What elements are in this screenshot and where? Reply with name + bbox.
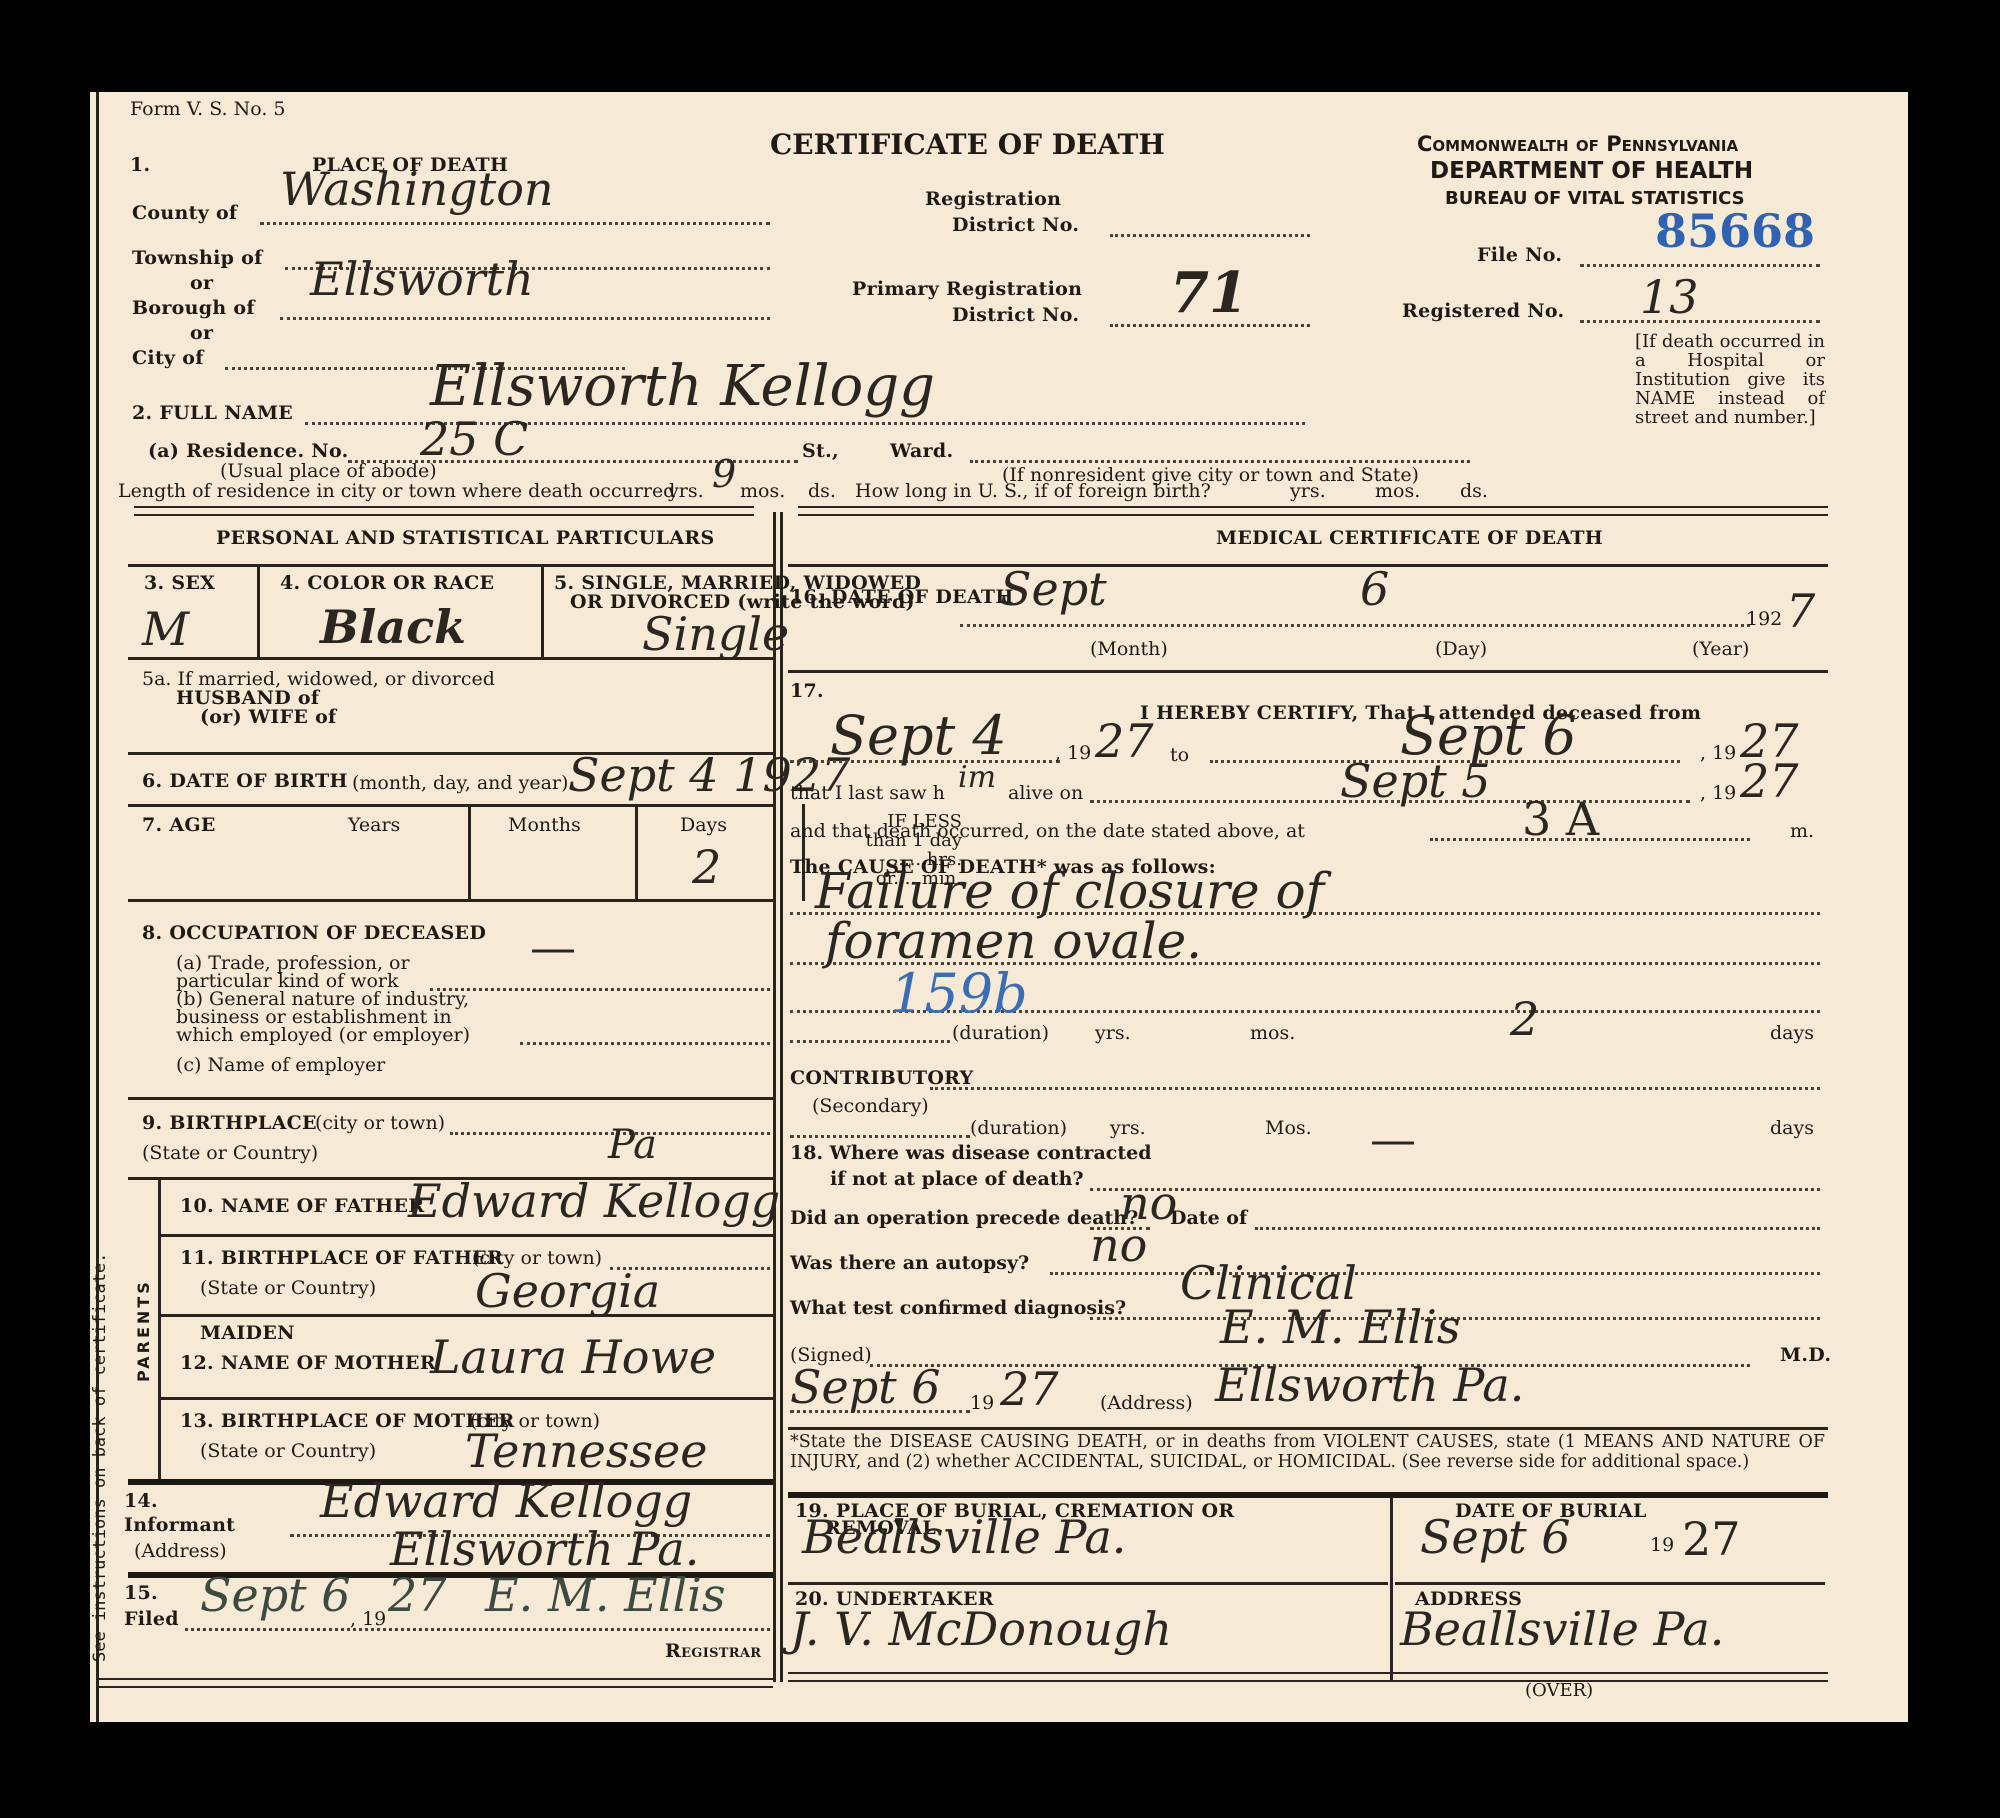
burial-year[interactable]: 27 (1682, 1512, 1741, 1566)
birthplace-state-hint: (State or Country) (142, 1142, 318, 1164)
county-field-line (260, 222, 770, 225)
full-name-label: 2. FULL NAME (132, 402, 293, 424)
last-saw-year[interactable]: 27 (1740, 754, 1799, 808)
filed-year-prefix: , 19 (350, 1608, 386, 1630)
borough-value[interactable]: Ellsworth (310, 252, 534, 306)
to-year-prefix: , 19 (1700, 742, 1736, 764)
to-label: to (1170, 744, 1189, 766)
primary-district-label: District No. (952, 304, 1079, 326)
medical-heading: MEDICAL CERTIFICATE OF DEATH (1216, 527, 1603, 549)
primary-district-value[interactable]: 71 (1170, 260, 1248, 326)
section-1-number: 1. (130, 154, 150, 176)
month-hint: (Month) (1090, 638, 1168, 660)
cell-divider (541, 564, 544, 659)
filed-label: Filed (124, 1608, 179, 1630)
residence-value[interactable]: 25 C (420, 412, 528, 466)
ds-label: ds. (808, 480, 836, 502)
last-saw-text: that I last saw h (790, 782, 945, 804)
parents-label: PARENTS (134, 1279, 153, 1382)
over-label: (OVER) (1525, 1680, 1593, 1701)
alive-on-label: alive on (1008, 782, 1083, 804)
duration-days-label: days (1770, 1022, 1814, 1044)
from-year[interactable]: 27 (1095, 714, 1154, 768)
residence-label: (a) Residence. No. (148, 440, 349, 462)
usual-place-hint: (Usual place of abode) (220, 460, 437, 482)
father-birthplace-state-hint: (State or Country) (200, 1277, 376, 1299)
foreign-ds-label: ds. (1460, 480, 1488, 502)
year-hint: (Year) (1692, 638, 1749, 660)
registration-district-label: District No. (952, 214, 1079, 236)
cell-divider (1390, 1497, 1393, 1680)
occupation-a-field (430, 988, 770, 991)
signed-year[interactable]: 27 (1000, 1362, 1059, 1416)
informant-address-label: (Address) (134, 1540, 227, 1562)
race-value[interactable]: Black (320, 600, 466, 654)
death-time-suffix: m. (1790, 820, 1814, 842)
mother-value[interactable]: Laura Howe (430, 1330, 716, 1384)
mother-birthplace-state-hint: (State or Country) (200, 1440, 376, 1462)
county-value[interactable]: Washington (280, 162, 554, 216)
filed-number: 15. (124, 1582, 158, 1604)
parents-divider (158, 1180, 161, 1480)
divider (788, 1582, 1388, 1585)
residence-length-value[interactable]: 9 (712, 452, 736, 496)
sex-label: 3. SEX (144, 572, 215, 594)
certificate-title: CERTIFICATE OF DEATH (770, 128, 1165, 161)
autopsy-label: Was there an autopsy? (790, 1252, 1029, 1274)
divider (788, 1427, 1828, 1430)
mother-label: 12. NAME OF MOTHER (180, 1352, 436, 1374)
father-birthplace-value[interactable]: Georgia (475, 1264, 660, 1318)
day-hint: (Day) (1435, 638, 1487, 660)
file-no-stamp: 85668 (1655, 204, 1815, 258)
duration-field (790, 1040, 950, 1043)
dod-day[interactable]: 6 (1360, 562, 1389, 616)
cell-divider (468, 804, 471, 901)
age-less-label-2: than 1 day (822, 831, 962, 850)
borough-label: Borough of (132, 297, 255, 319)
age-less-min: or.....min. (822, 869, 962, 888)
registered-no-value[interactable]: 13 (1640, 270, 1699, 324)
occupation-b-field (520, 1042, 770, 1045)
file-no-label: File No. (1477, 244, 1562, 266)
side-instruction-note: See instructions on back of certificate. (90, 1253, 110, 1662)
age-less-label-1: IF LESS (822, 812, 962, 831)
divider (98, 1678, 773, 1688)
divider (788, 1672, 1828, 1682)
agency-commonwealth: Commonwealth of Pennsylvania (1417, 132, 1738, 156)
registration-district-field (1110, 234, 1310, 237)
contrib-mos-label: Mos. (1265, 1117, 1312, 1139)
registrar-label: Registrar (665, 1640, 761, 1662)
divider (128, 899, 773, 902)
age-less-than-day: IF LESS than 1 day ...... hrs. or.....mi… (822, 812, 962, 888)
contracted-field (1090, 1188, 1820, 1191)
informant-number: 14. (124, 1490, 158, 1512)
duration-mos-label: mos. (1250, 1022, 1295, 1044)
cert-number: 17. (790, 680, 824, 702)
father-birthplace-label: 11. BIRTHPLACE OF FATHER (180, 1247, 503, 1269)
ward-field-line (970, 460, 1470, 463)
contracted-label-2: if not at place of death? (830, 1168, 1084, 1190)
last-saw-date[interactable]: Sept 5 (1340, 754, 1491, 808)
signed-date[interactable]: Sept 6 (790, 1360, 941, 1414)
autopsy-field (1050, 1272, 1820, 1275)
file-no-field (1580, 264, 1820, 267)
undertaker-value[interactable]: J. V. McDonough (790, 1602, 1172, 1656)
cell-divider (635, 804, 638, 901)
divider (1395, 1582, 1825, 1585)
informant-label: Informant (124, 1514, 235, 1536)
column-divider (773, 512, 776, 1682)
dob-label: 6. DATE OF BIRTH (142, 770, 348, 792)
burial-date-value[interactable]: Sept 6 (1420, 1510, 1571, 1564)
age-years-label: Years (348, 814, 400, 836)
from-year-prefix: , 19 (1055, 742, 1091, 764)
contrib-duration-label: (duration) (970, 1117, 1067, 1139)
age-less-hrs: ...... hrs. (822, 850, 962, 869)
township-label: Township of (132, 247, 263, 269)
divider (128, 1097, 773, 1100)
spouse-label-3: (or) WIFE of (200, 706, 337, 728)
cause-code: 159b (890, 962, 1028, 1025)
dod-label: 16. DATE OF DEATH (790, 586, 1014, 608)
md-label: M.D. (1780, 1344, 1831, 1366)
test-label: What test confirmed diagnosis? (790, 1297, 1126, 1319)
dod-year-prefix: 192 (1746, 608, 1782, 630)
divider (128, 564, 773, 567)
age-days-value[interactable]: 2 (692, 840, 721, 894)
race-label: 4. COLOR OR RACE (280, 572, 494, 594)
birthplace-label: 9. BIRTHPLACE (142, 1112, 317, 1134)
registered-no-field (1580, 320, 1820, 323)
filed-field (185, 1628, 770, 1631)
divider (160, 1314, 773, 1317)
st-label: St., (802, 440, 839, 462)
informant-value[interactable]: Edward Kellogg (320, 1474, 692, 1528)
death-time-value[interactable]: 3 A (1522, 792, 1599, 846)
birthplace-city-hint: (city or town) (315, 1112, 445, 1134)
registrar-name[interactable]: E. M. Ellis (485, 1568, 726, 1622)
contracted-value[interactable]: — (1370, 1112, 1416, 1166)
attended-from[interactable]: Sept 4 (830, 704, 1007, 767)
birthplace-value[interactable]: Pa (608, 1122, 657, 1168)
death-certificate: Form V. S. No. 5 CERTIFICATE OF DEATH Co… (90, 92, 1908, 1722)
secondary-label: (Secondary) (812, 1095, 929, 1117)
divider (128, 804, 773, 807)
borough-field-line (280, 317, 770, 320)
divider (798, 506, 1828, 516)
occupation-c-label: (c) Name of employer (176, 1054, 385, 1076)
personal-heading: PERSONAL AND STATISTICAL PARTICULARS (216, 527, 714, 549)
father-value[interactable]: Edward Kellogg (408, 1174, 780, 1228)
contrib-duration-field (790, 1135, 970, 1138)
dod-year[interactable]: 7 (1786, 584, 1815, 638)
age-months-label: Months (508, 814, 581, 836)
divider (788, 1492, 1828, 1498)
cell-divider (802, 804, 805, 901)
filed-year[interactable]: 27 (388, 1568, 447, 1622)
divider (134, 506, 754, 516)
footnote: *State the DISEASE CAUSING DEATH, or in … (790, 1432, 1825, 1472)
city-label: City of (132, 347, 204, 369)
operation-label: Did an operation precede death? (790, 1207, 1138, 1229)
burial-year-prefix: 19 (1650, 1534, 1674, 1556)
divider (128, 657, 773, 660)
signed-value[interactable]: E. M. Ellis (1220, 1300, 1461, 1354)
age-days-label: Days (680, 814, 727, 836)
agency-department: DEPARTMENT OF HEALTH (1430, 158, 1753, 184)
contracted-label: 18. Where was disease contracted (790, 1142, 1151, 1164)
signed-year-prefix: 19 (970, 1392, 994, 1414)
form-number: Form V. S. No. 5 (130, 98, 286, 120)
divider (160, 1234, 773, 1237)
contrib-yrs-label: yrs. (1110, 1117, 1146, 1139)
autopsy-value[interactable]: no (1090, 1218, 1147, 1272)
contributory-label: CONTRIBUTORY (790, 1067, 974, 1089)
divider (160, 1397, 773, 1400)
foreign-birth-label: How long in U. S., if of foreign birth? (855, 480, 1211, 502)
burial-place-value[interactable]: Beallsville Pa. (802, 1510, 1126, 1564)
residence-length-label: Length of residence in city or town wher… (118, 480, 675, 502)
registered-no-label: Registered No. (1402, 300, 1564, 322)
or-label: or (190, 322, 213, 344)
duration-days-value[interactable]: 2 (1510, 992, 1539, 1046)
address-value[interactable]: Ellsworth Pa. (1215, 1358, 1524, 1412)
contrib-days-label: days (1770, 1117, 1814, 1139)
sex-value[interactable]: M (142, 602, 189, 656)
maiden-label: MAIDEN (200, 1322, 295, 1344)
mos-label: mos. (740, 480, 785, 502)
divider (788, 670, 1828, 673)
full-name-value[interactable]: Ellsworth Kellogg (430, 354, 935, 419)
duration-yrs-label: yrs. (1095, 1022, 1131, 1044)
operation-date-field (1255, 1227, 1820, 1230)
undertaker-address-value[interactable]: Beallsville Pa. (1400, 1602, 1724, 1656)
duration-label: (duration) (952, 1022, 1049, 1044)
age-label: 7. AGE (142, 814, 216, 836)
dob-hint: (month, day, and year) (352, 772, 568, 794)
primary-registration-label: Primary Registration (852, 278, 1082, 300)
cell-divider (257, 564, 260, 659)
mother-birthplace-value[interactable]: Tennessee (465, 1424, 707, 1478)
marital-value[interactable]: Single (642, 607, 789, 661)
occupation-label: 8. OCCUPATION OF DECEASED (142, 922, 486, 944)
dod-field (960, 624, 1750, 627)
county-label: County of (132, 202, 237, 224)
divider (788, 564, 1828, 567)
dod-month[interactable]: Sept (1000, 562, 1107, 616)
filed-date[interactable]: Sept 6 (200, 1568, 351, 1622)
foreign-yrs-label: yrs. (1290, 480, 1326, 502)
or-label: or (190, 272, 213, 294)
yrs-label: yrs. (668, 480, 704, 502)
date-of-label: Date of (1170, 1207, 1247, 1229)
occupation-b-label-3: which employed (or employer) (176, 1024, 470, 1046)
hospital-note: [If death occurred in a Hospital or Inst… (1635, 332, 1825, 427)
contributory-field (930, 1087, 1820, 1090)
father-label: 10. NAME OF FATHER (180, 1195, 424, 1217)
last-saw-year-prefix: , 19 (1700, 782, 1736, 804)
last-saw-pronoun[interactable]: im (958, 760, 996, 795)
occupation-a-value[interactable]: — (530, 920, 576, 974)
foreign-mos-label: mos. (1375, 480, 1420, 502)
ward-label: Ward. (890, 440, 953, 462)
column-divider (780, 512, 783, 1682)
registration-label: Registration (925, 188, 1061, 210)
address-label: (Address) (1100, 1392, 1193, 1414)
